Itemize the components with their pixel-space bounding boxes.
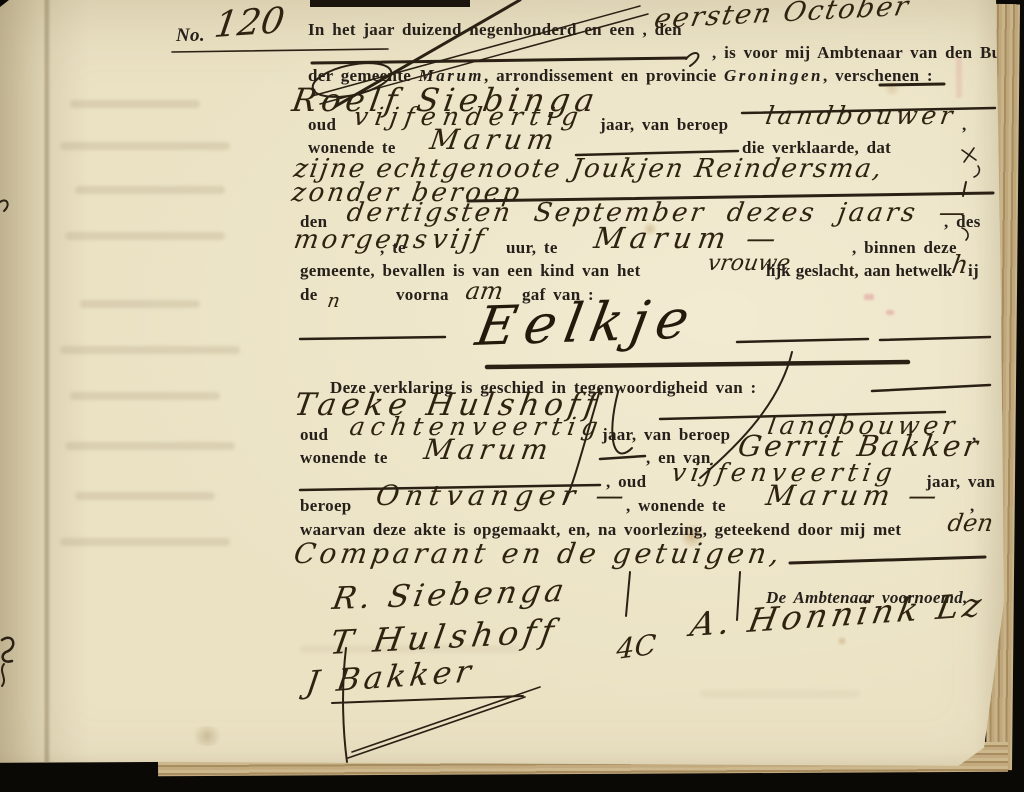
margin-ink-mark — [0, 200, 8, 211]
witness2-residence: Marum — — [764, 482, 944, 510]
signature-declarant: R. Siebenga — [330, 576, 570, 615]
birth-day-post: , des — [944, 213, 981, 232]
bleedthrough-mark — [65, 232, 225, 240]
witness2-name: Gerrit Bakker — [736, 432, 983, 461]
descender-stroke — [626, 572, 630, 616]
signature-witness2: J Bakker — [304, 656, 477, 699]
margin-ink-mark — [2, 638, 13, 662]
bleedthrough-mark — [60, 346, 240, 354]
official-line: , is voor mij Ambtenaar van den Burgerli… — [712, 44, 1024, 63]
child-name: Eelkje — [472, 292, 701, 354]
name-clause-hw1: n — [326, 292, 341, 311]
bleedthrough-mark — [60, 142, 230, 150]
name-clause-pre1: de — [300, 286, 318, 305]
binding-crease — [43, 0, 51, 762]
previous-record-remnant — [310, 0, 470, 7]
margin-ink-mark — [2, 664, 4, 686]
certificate-page: No. 120 In het jaar duizend negenhonderd… — [0, 0, 1024, 792]
record-number-label: No. — [176, 26, 205, 47]
red-ink-mark — [886, 310, 894, 315]
bleedthrough-mark — [65, 442, 235, 450]
signature-witness1: T Hulshoff — [328, 614, 561, 659]
bleedthrough-mark — [75, 492, 215, 500]
witness1-residence: Marum — [422, 436, 555, 464]
birth-place: Marum — — [592, 224, 784, 253]
margin-ink-mark — [963, 182, 966, 196]
name-clause-pre2: voorna — [396, 286, 449, 305]
bleedthrough-mark — [70, 392, 220, 400]
fill-rule — [872, 385, 990, 391]
bleedthrough-mark — [60, 538, 230, 546]
fill-rule — [790, 557, 985, 563]
province-name: Groningen — [724, 66, 823, 85]
comma: , — [962, 116, 967, 135]
bleedthrough-mark — [700, 690, 860, 698]
witness2-residence-label: , wonende te — [626, 497, 726, 516]
fill-rule — [737, 339, 868, 342]
corner-shadow — [0, 0, 9, 7]
witness1-residence-label: wonende te — [300, 449, 388, 468]
closing-hw-den: den — [946, 511, 995, 535]
record-number-underline — [172, 49, 388, 52]
margin-ink-mark — [974, 166, 979, 177]
fill-rule — [880, 337, 990, 340]
red-ink-mark — [864, 294, 874, 300]
witness2-occupation-label: beroep — [300, 497, 352, 516]
birth-time-mid: uur, te — [506, 239, 558, 258]
paper-stain — [836, 636, 848, 646]
signature-registrar: A. Honnink Lz — [688, 588, 988, 641]
margin-ink-mark — [962, 148, 976, 162]
declarant-occupation-label: jaar, van beroep — [600, 116, 728, 135]
closing-hw-comparant: Comparant en de getuigen, — [292, 540, 785, 568]
fill-rule-hook — [686, 53, 698, 66]
declarant-residence: Marum — [428, 126, 561, 154]
pronoun-printed: ij — [968, 262, 979, 281]
year-line: In het jaar duizend negenhonderd en een … — [308, 21, 682, 40]
date-handwritten: eersten October — [652, 0, 912, 33]
witness1-age-label: oud — [300, 426, 328, 445]
signature-flourish — [348, 697, 525, 758]
witness1-occupation-label: jaar, van beroep — [602, 426, 730, 445]
municipality-line-post: , verschenen : — [823, 66, 933, 85]
bleedthrough-mark — [80, 300, 200, 308]
child-name-underline — [487, 362, 908, 367]
declarant-age-label: oud — [308, 116, 336, 135]
birth-hour: vijf — [430, 226, 489, 253]
fill-rule — [300, 337, 445, 339]
paper-stain — [190, 726, 224, 746]
declarant-occupation: landbouwer — [764, 103, 958, 128]
end-dash — [600, 456, 645, 459]
fill-rule — [312, 58, 686, 63]
witness2-occupation: Ontvanger — — [374, 482, 632, 510]
signature-flourish — [352, 687, 540, 752]
birth-daypart: morgens — [292, 227, 432, 253]
pen-mark: 4C — [616, 631, 657, 664]
record-number-value: 120 — [212, 3, 287, 44]
bleedthrough-mark — [75, 186, 225, 194]
birth-sex-post: lijk geslacht, aan hetwelk — [766, 262, 952, 281]
bleedthrough-mark — [70, 100, 200, 108]
birth-time-post: , binnen deze — [852, 239, 957, 258]
birth-time-pre: , te — [380, 239, 406, 258]
